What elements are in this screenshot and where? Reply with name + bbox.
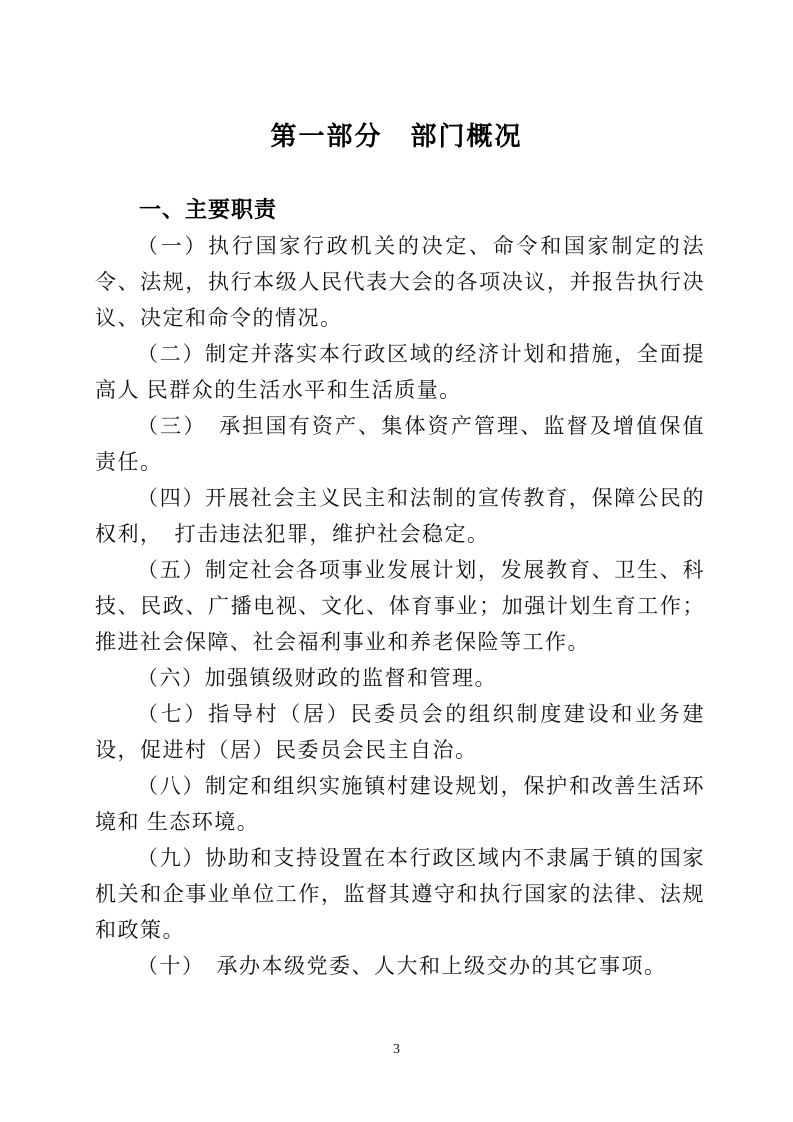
paragraph-duty-9: （九）协助和支持设置在本行政区域内不隶属于镇的国家机关和企事业单位工作，监督其遵… [95, 840, 705, 948]
paragraph-duty-8: （八）制定和组织实施镇村建设规划，保护和改善生活环境和 生态环境。 [95, 768, 705, 840]
paragraph-duty-2: （二）制定并落实本行政区域的经济计划和措施，全面提高人 民群众的生活水平和生活质… [95, 336, 705, 408]
document-body: 一、主要职责 （一）执行国家行政机关的决定、命令和国家制定的法令、法规，执行本级… [95, 192, 705, 984]
section-heading: 一、主要职责 [95, 192, 705, 228]
paragraph-duty-4: （四）开展社会主义民主和法制的宣传教育，保障公民的权利， 打击违法犯罪，维护社会… [95, 480, 705, 552]
paragraph-duty-7: （七）指导村（居）民委员会的组织制度建设和业务建设，促进村（居）民委员会民主自治… [95, 696, 705, 768]
paragraph-duty-10: （十） 承办本级党委、人大和上级交办的其它事项。 [95, 948, 705, 984]
document-page: 第一部分 部门概况 一、主要职责 （一）执行国家行政机关的决定、命令和国家制定的… [0, 0, 793, 1122]
paragraph-duty-1: （一）执行国家行政机关的决定、命令和国家制定的法令、法规，执行本级人民代表大会的… [95, 228, 705, 336]
page-title: 第一部分 部门概况 [0, 116, 793, 153]
paragraph-duty-5: （五）制定社会各项事业发展计划，发展教育、卫生、科技、民政、广播电视、文化、体育… [95, 552, 705, 660]
paragraph-duty-3: （三） 承担国有资产、集体资产管理、监督及增值保值责任。 [95, 408, 705, 480]
paragraph-duty-6: （六）加强镇级财政的监督和管理。 [95, 660, 705, 696]
page-number: 3 [0, 1042, 793, 1058]
